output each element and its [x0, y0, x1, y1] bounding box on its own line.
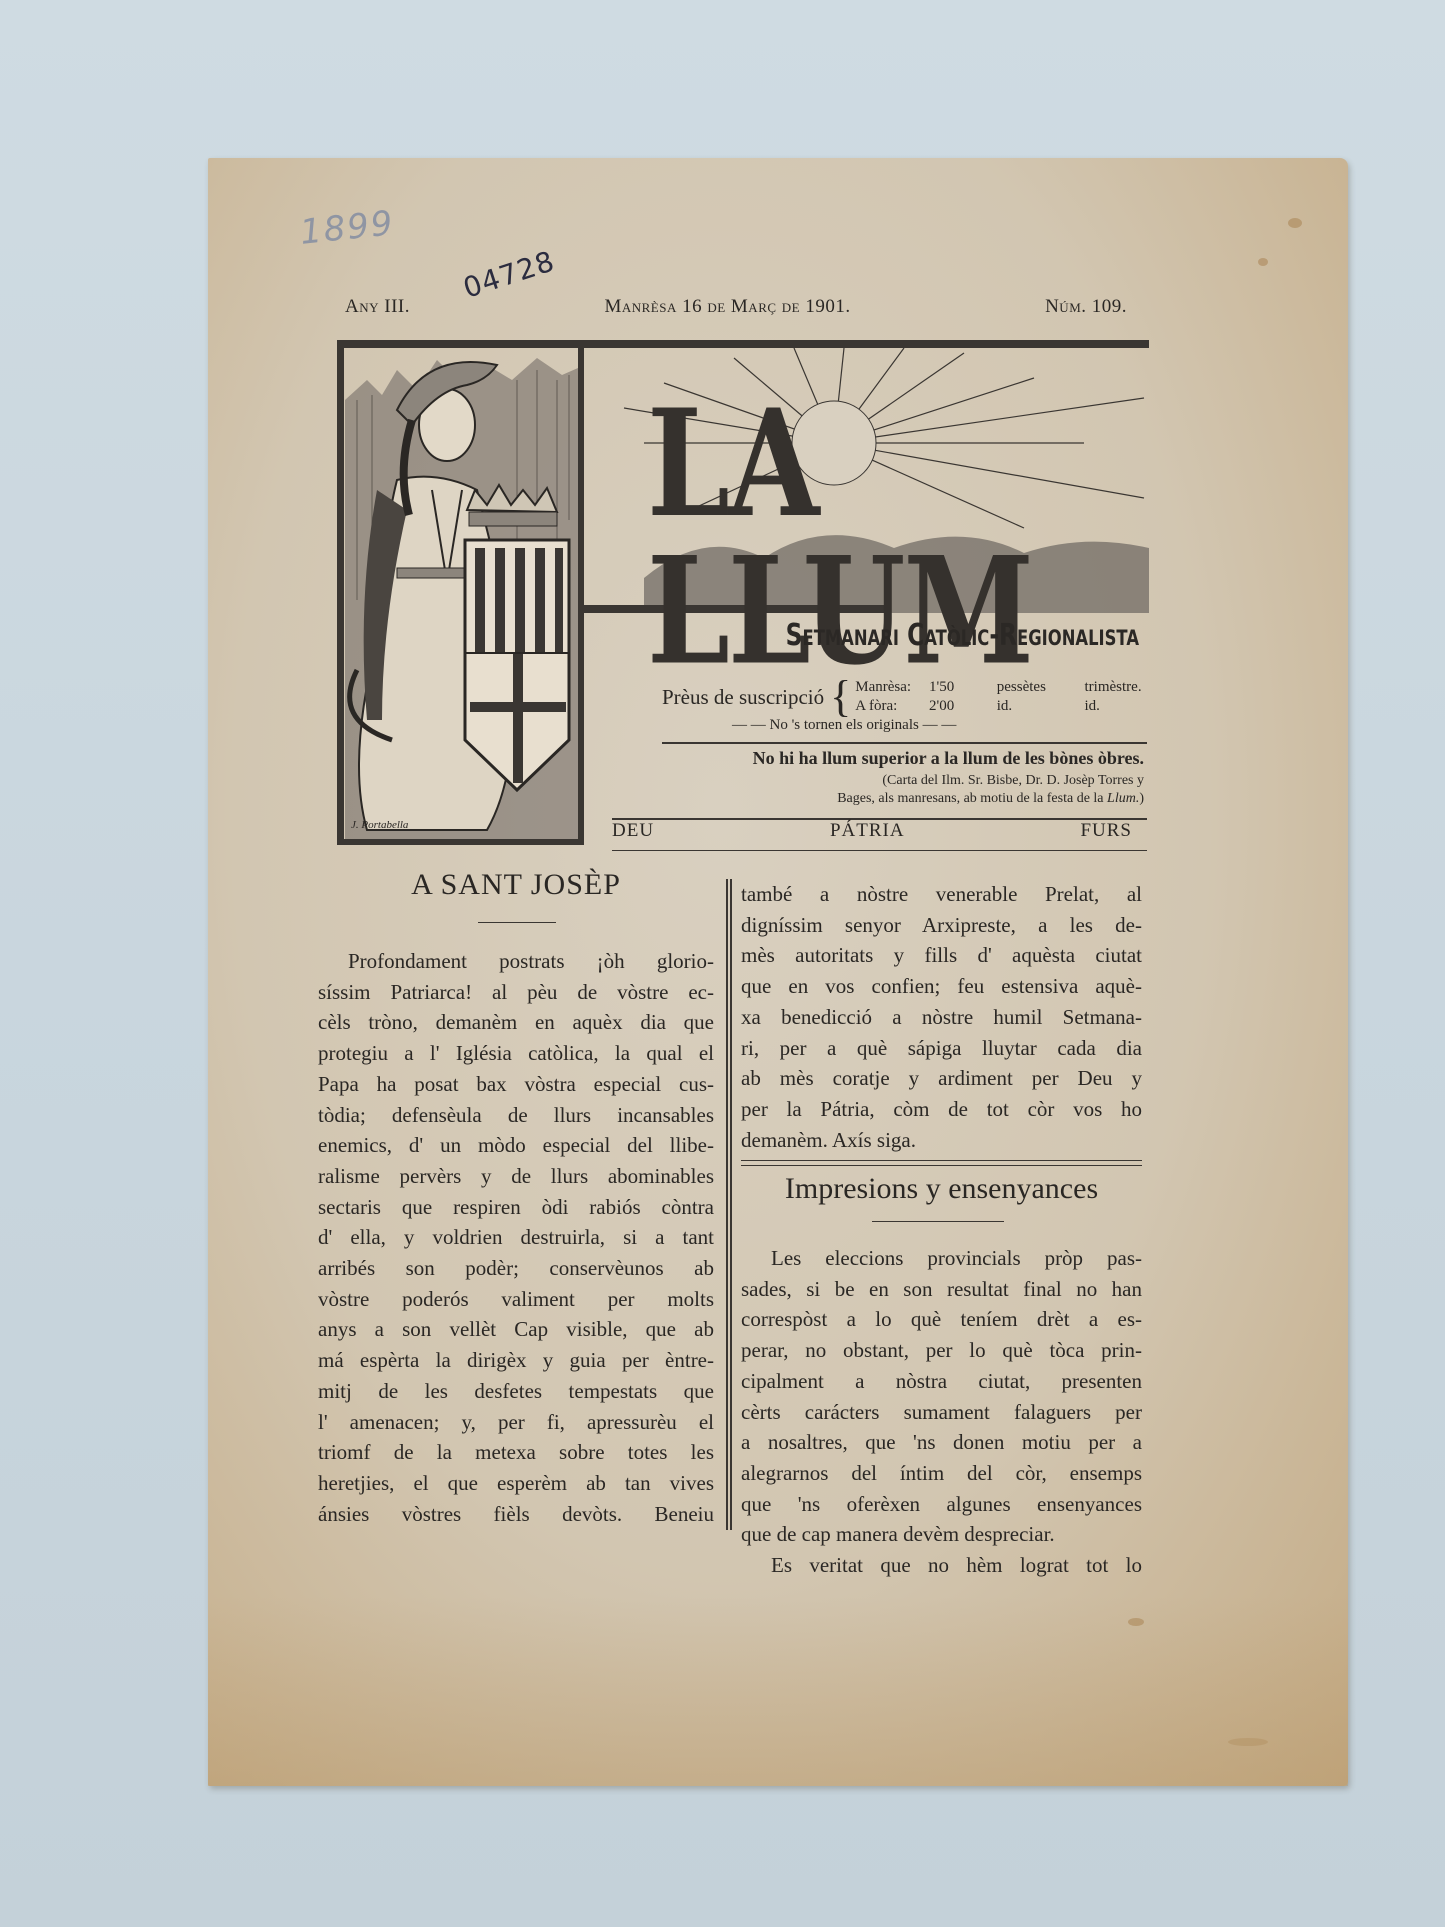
subscription-label: Prèus de suscripció — [662, 685, 824, 710]
originals-notice: — — No 's tornen els originals — — — [732, 717, 956, 734]
stain — [1128, 1618, 1144, 1626]
article-column-1: Profondament postrats ¡òh glorio- síssim… — [318, 946, 714, 1529]
article-separator — [741, 1160, 1142, 1166]
brace-icon: { — [830, 675, 851, 719]
subscription-prices: Prèus de suscripció { Manrèsa: 1'50 pess… — [662, 675, 1142, 719]
masthead: J. Portabella LA LLUM Setmanari Catòlic-… — [337, 340, 1149, 845]
woman-with-shield-illustration-icon: J. Portabella — [337, 340, 578, 839]
price-row-afora: A fòra: 2'00 id. id. — [855, 697, 1141, 716]
column-divider — [726, 879, 732, 1530]
title-underline — [478, 922, 556, 923]
stain — [1228, 1738, 1268, 1746]
article-title-sant-josep: A SANT JOSÈP — [318, 868, 714, 902]
stain — [1288, 218, 1302, 228]
masthead-illustration: J. Portabella — [337, 340, 584, 845]
illustration-signature: J. Portabella — [351, 819, 409, 831]
issue-number: Núm. 109. — [1045, 296, 1127, 318]
divider-rule — [612, 850, 1147, 851]
stain — [1258, 258, 1268, 266]
slogans: DEU PÁTRIA FURS — [612, 820, 1132, 842]
article-2-body: Les eleccions provincials pròp pas- sade… — [741, 1243, 1142, 1581]
place-date: Manrèsa 16 de Març de 1901. — [604, 296, 850, 318]
issue-header-line: Any III. Manrèsa 16 de Març de 1901. Núm… — [345, 296, 1127, 324]
divider-rule — [662, 742, 1147, 744]
motto-citation: (Carta del Ilm. Sr. Bisbe, Dr. D. Josèp … — [724, 772, 1144, 808]
price-row-manresa: Manrèsa: 1'50 pessètes trimèstre. — [855, 678, 1141, 697]
year-label: Any III. — [345, 296, 410, 318]
motto: No hi ha llum superior a la llum de les … — [753, 748, 1144, 769]
article-column-2: també a nòstre venerable Prelat, al dign… — [741, 879, 1142, 1155]
slogan-deu: DEU — [612, 820, 654, 842]
newspaper-subtitle: Setmanari Catòlic-Regionalista — [786, 618, 1139, 653]
slogan-furs: FURS — [1080, 820, 1132, 842]
slogan-patria: PÁTRIA — [830, 820, 905, 842]
title-underline — [872, 1221, 1004, 1222]
article-title-impresions: Impresions y ensenyances — [741, 1172, 1142, 1206]
